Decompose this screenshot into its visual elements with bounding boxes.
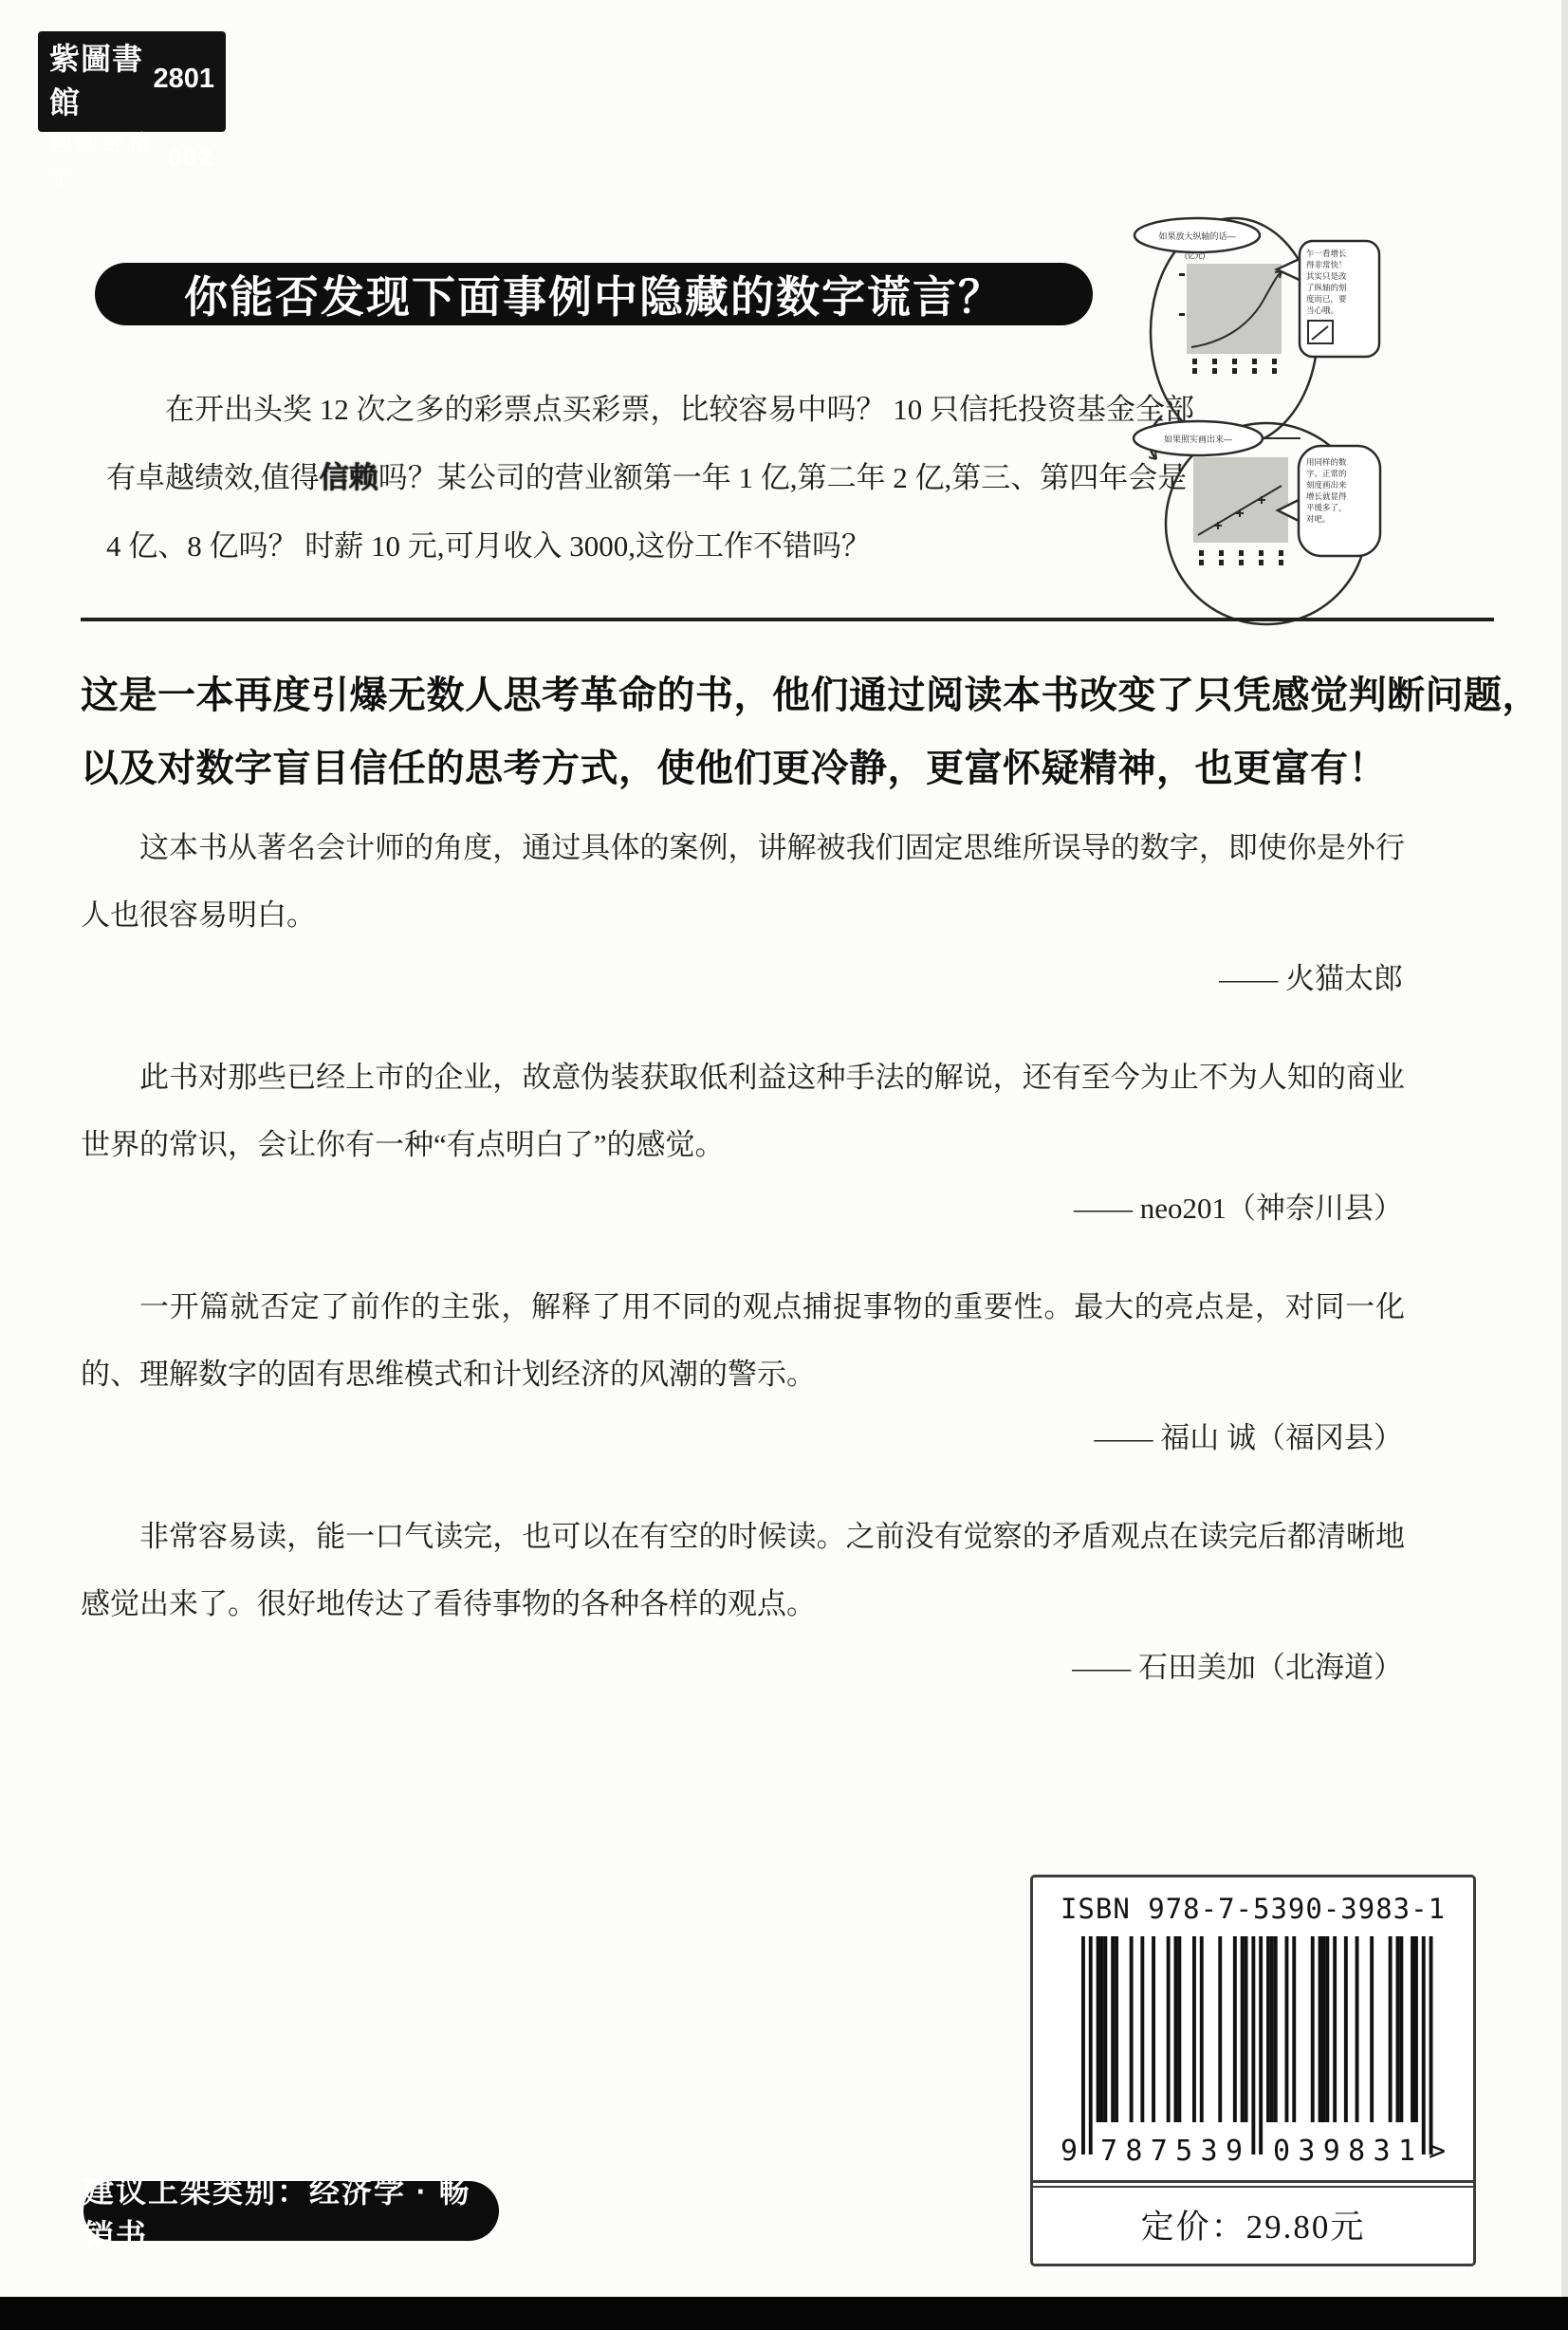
svg-text:字、正常的: 字、正常的: [1306, 469, 1347, 478]
testimonial-quote: 一开篇就否定了前作的主张，解释了用不同的观点捕捉事物的重要性。最大的亮点是，对同…: [81, 1273, 1405, 1408]
testimonial-quote: 这本书从著名会计师的角度，通过具体的案例，讲解被我们固定思维所误导的数字，即使你…: [81, 814, 1405, 949]
bottom-edge-bar: [0, 2297, 1568, 2330]
testimonial-author: —— neo201（神奈川县）: [81, 1188, 1403, 1230]
barcode-digit-left: 9: [1061, 2135, 1078, 2166]
series-row-top: 紫圖書館 2801: [49, 35, 214, 122]
intro-line-1: 在开出头奖 12 次之多的彩票点买彩票，比较容易中吗？ 10 只信托投资基金全部: [106, 376, 1091, 444]
question-banner-text: 你能否发现下面事例中隐藏的数字谎言？: [184, 263, 1004, 325]
svg-text:度而已，要: 度而已，要: [1306, 294, 1347, 305]
series-box: 紫圖書館 2801 趣味经济学 002: [38, 31, 226, 132]
svg-text:用同样的数: 用同样的数: [1306, 457, 1347, 467]
series-number: 2801: [153, 64, 214, 95]
panel1-label-text: 如果放大纵轴的话—: [1158, 231, 1235, 241]
scan-edge-strip: [1561, 0, 1568, 2330]
testimonial-quote: 此书对那些已经上市的企业，故意伪装获取低利益这种手法的解说，还有至今为止不为人知…: [81, 1044, 1405, 1178]
intro-line-2-bold: 信赖: [320, 461, 378, 494]
panel2-x-tick-labels: [1199, 550, 1283, 565]
comic-panel-2: (亿元) 如果照实画出来— 用同样的数 字、正常的 刻度画出来 增长就显得 平缓…: [1134, 421, 1380, 624]
series-row-bottom: 趣味经济学 002: [49, 124, 214, 191]
intro-line-2-post: 吗？某公司的营业额第一年 1 亿,第二年 2 亿,第三、第四年会是: [378, 461, 1188, 494]
intro-line-3: 4 亿、8 亿吗？ 时薪 10 元,可月收入 3000,这份工作不错吗？: [106, 512, 1091, 581]
book-back-cover: 紫圖書館 2801 趣味经济学 002 你能否发现下面事例中隐藏的数字谎言？ 在…: [0, 0, 1568, 2330]
testimonials: 这本书从著名会计师的角度，通过具体的案例，讲解被我们固定思维所误导的数字，即使你…: [81, 814, 1405, 1732]
intro-paragraph: 在开出头奖 12 次之多的彩票点买彩票，比较容易中吗？ 10 只信托投资基金全部…: [106, 376, 1091, 581]
intro-line-2-pre: 有卓越绩效,值得: [106, 461, 320, 494]
svg-text:了纵轴的刻: 了纵轴的刻: [1306, 283, 1347, 292]
svg-text:刻度画出来: 刻度画出来: [1306, 480, 1347, 490]
price-label: 定价：29.80元: [1033, 2186, 1473, 2264]
barcode-end-arrow: >: [1429, 2135, 1446, 2166]
series-category-number: 002: [168, 143, 214, 173]
testimonial-quote: 非常容易读，能一口气读完，也可以在有空的时候读。之前没有觉察的矛盾观点在读完后都…: [81, 1503, 1405, 1637]
testimonial-author: —— 火猫太郎: [81, 958, 1403, 1000]
panel2-label-text: 如果照实画出来—: [1164, 434, 1232, 444]
series-name: 紫圖書館: [49, 35, 153, 122]
intro-line-2: 有卓越绩效,值得信赖吗？某公司的营业额第一年 1 亿,第二年 2 亿,第三、第四…: [106, 444, 1091, 512]
comic-panel-1: (亿元) 如果放大纵轴的话— 乍一看增长 得非常快！ 其实只是改 了纵轴的刻 度…: [1134, 218, 1379, 446]
panel1-chart-area: [1187, 264, 1282, 354]
shelf-category-banner: 建议上架类别：经济学 · 畅销书: [83, 2181, 499, 2241]
barcode-digit-group1: 787539: [1100, 2135, 1243, 2166]
headline-line-1: 这是一本再度引爆无数人思考革命的书，他们通过阅读本书改变了只凭感觉判断问题，: [81, 658, 1498, 731]
series-category: 趣味经济学: [49, 124, 168, 191]
isbn-main-section: ISBN 978-7-5390-3983-1 9 787539 039831 >: [1033, 1877, 1473, 2183]
isbn-box: ISBN 978-7-5390-3983-1 9 787539 039831 >…: [1030, 1875, 1476, 2266]
section-divider: [81, 618, 1494, 621]
svg-text:乍一看增长: 乍一看增长: [1306, 249, 1347, 258]
svg-text:平缓多了，: 平缓多了，: [1306, 503, 1347, 513]
panel1-x-tick-labels: [1192, 359, 1277, 374]
barcode-svg: 9 787539 039831 >: [1059, 1934, 1448, 2166]
barcode-digit-group2: 039831: [1273, 2135, 1415, 2166]
question-banner: 你能否发现下面事例中隐藏的数字谎言？: [95, 263, 1093, 325]
headline-line-2: 以及对数字盲目信任的思考方式，使他们更冷静，更富怀疑精神，也更富有！: [81, 731, 1498, 804]
shelf-category-text: 建议上架类别：经济学 · 畅销书: [83, 2168, 499, 2255]
svg-text:其实只是改: 其实只是改: [1306, 271, 1347, 281]
svg-text:增长就显得: 增长就显得: [1306, 491, 1347, 501]
barcode: 9 787539 039831 >: [1059, 1934, 1448, 2171]
comic-illustration: (亿元) 如果放大纵轴的话— 乍一看增长 得非常快！ 其实只是改 了纵轴的刻 度…: [1103, 133, 1430, 631]
barcode-bars: [1081, 1936, 1433, 2154]
svg-text:当心哦。: 当心哦。: [1306, 305, 1338, 315]
testimonial-author: —— 福山 诚（福冈县）: [81, 1417, 1403, 1459]
headline: 这是一本再度引爆无数人思考革命的书，他们通过阅读本书改变了只凭感觉判断问题， 以…: [81, 658, 1498, 804]
panel1-y-ticks: [1179, 273, 1185, 316]
svg-text:对吧。: 对吧。: [1306, 514, 1331, 524]
isbn-number: ISBN 978-7-5390-3983-1: [1046, 1893, 1460, 1925]
svg-text:得非常快！: 得非常快！: [1306, 260, 1347, 269]
testimonial-author: —— 石田美加（北海道）: [81, 1647, 1403, 1689]
